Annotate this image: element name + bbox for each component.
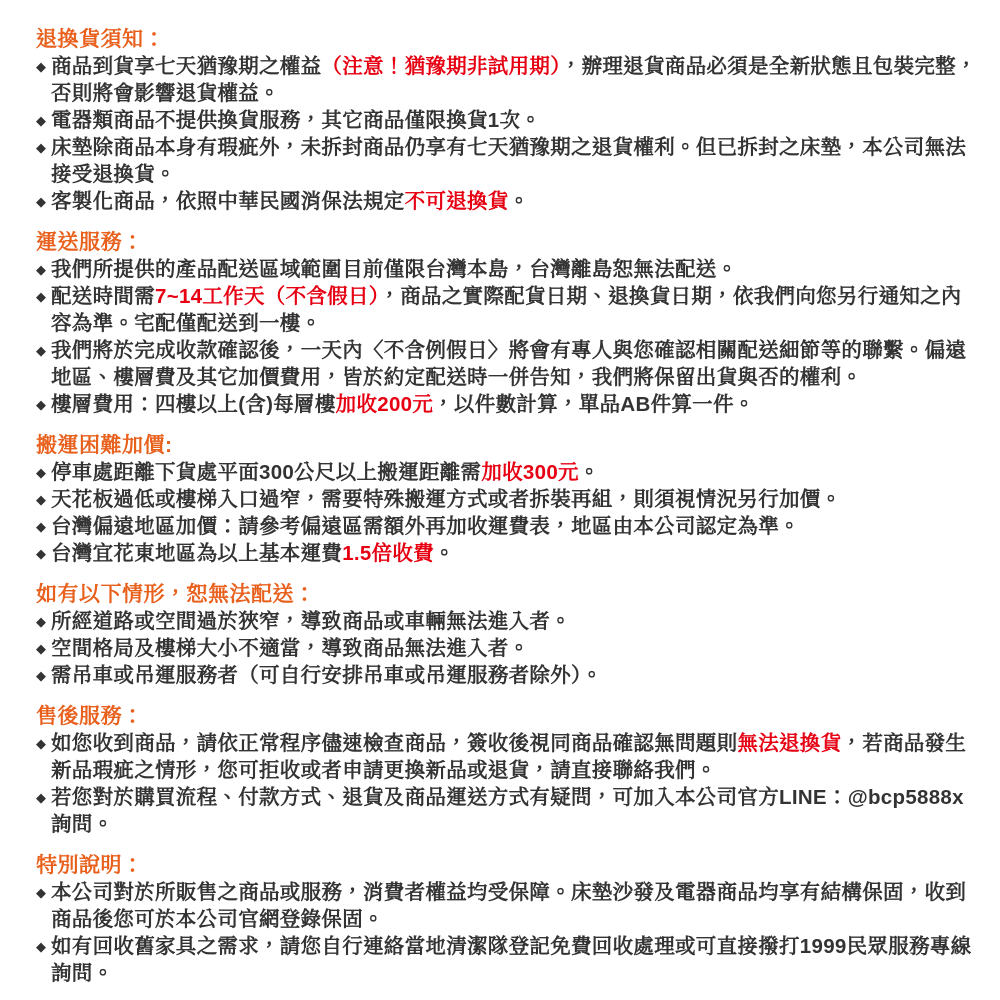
policy-bullet-item: ◆需吊車或吊運服務者（可自行安排吊車或吊運服務者除外）。: [36, 662, 980, 689]
policy-bullet-item: ◆空間格局及樓梯大小不適當，導致商品無法進入者。: [36, 635, 980, 662]
policy-bullet-item: ◆配送時間需7~14工作天（不含假日），商品之實際配貨日期、退換貨日期，依我們向…: [36, 283, 980, 337]
section-heading: 如有以下情形，恕無法配送：: [36, 581, 980, 608]
diamond-bullet-icon: ◆: [36, 784, 51, 811]
bullet-text: 。: [579, 461, 600, 484]
diamond-bullet-icon: ◆: [36, 635, 51, 662]
policy-bullet-item: ◆商品到貨享七天猶豫期之權益（注意！猶豫期非試用期），辦理退貨商品必須是全新狀態…: [36, 53, 980, 107]
bullet-list: ◆商品到貨享七天猶豫期之權益（注意！猶豫期非試用期），辦理退貨商品必須是全新狀態…: [36, 53, 980, 215]
policy-bullet-item: ◆本公司對於所販售之商品或服務，消費者權益均受保障。床墊沙發及電器商品均享有結構…: [36, 879, 980, 933]
highlighted-text: 1.5倍收費: [342, 542, 434, 565]
diamond-bullet-icon: ◆: [36, 53, 51, 80]
bullet-text: 所經道路或空間過於狹窄，導致商品或車輛無法進入者。: [51, 610, 571, 633]
highlighted-text: 加收300元: [481, 461, 579, 484]
diamond-bullet-icon: ◆: [36, 540, 51, 567]
highlighted-text: 無法退換貨: [737, 732, 841, 755]
bullet-text: 商品到貨享七天猶豫期之權益: [51, 55, 321, 78]
section-heading: 搬運困難加價:: [36, 432, 980, 459]
bullet-text: 我們將於完成收款確認後，一天內〈不含例假日〉將會有專人與您確認相關配送細節等的聯…: [51, 339, 966, 389]
policy-bullet-item: ◆如您收到商品，請依正常程序儘速檢查商品，簽收後視同商品確認無問題則無法退換貨，…: [36, 730, 980, 784]
policy-section: 運送服務：◆我們所提供的產品配送區域範圍目前僅限台灣本島，台灣離島恕無法配送。◆…: [36, 229, 980, 418]
bullet-text: 我們所提供的產品配送區域範圍目前僅限台灣本島，台灣離島恕無法配送。: [51, 258, 737, 281]
policy-bullet-item: ◆若您對於購買流程、付款方式、退貨及商品運送方式有疑問，可加入本公司官方LINE…: [36, 784, 980, 838]
bullet-text: 停車處距離下貨處平面300公尺以上搬運距離需: [51, 461, 481, 484]
diamond-bullet-icon: ◆: [36, 459, 51, 486]
highlighted-text: （注意！猶豫期非試用期）: [321, 55, 560, 78]
policy-section: 如有以下情形，恕無法配送：◆所經道路或空間過於狹窄，導致商品或車輛無法進入者。◆…: [36, 581, 980, 689]
diamond-bullet-icon: ◆: [36, 933, 51, 960]
bullet-text: 電器類商品不提供換貨服務，其它商品僅限換貨1次。: [51, 109, 541, 132]
section-heading: 運送服務：: [36, 229, 980, 256]
bullet-text: 台灣偏遠地區加價：請參考偏遠區需額外再加收運費表，地區由本公司認定為準。: [51, 515, 800, 538]
policy-bullet-item: ◆台灣宜花東地區為以上基本運費1.5倍收費。: [36, 540, 980, 567]
bullet-text: 樓層費用：四樓以上(含)每層樓: [51, 393, 336, 416]
policy-bullet-item: ◆如有回收舊家具之需求，請您自行連絡當地清潔隊登記免費回收處理或可直接撥打199…: [36, 933, 980, 987]
bullet-list: ◆我們所提供的產品配送區域範圍目前僅限台灣本島，台灣離島恕無法配送。◆配送時間需…: [36, 256, 980, 418]
diamond-bullet-icon: ◆: [36, 879, 51, 906]
bullet-text: 。: [509, 190, 530, 213]
highlighted-text: 加收200元: [336, 393, 434, 416]
diamond-bullet-icon: ◆: [36, 391, 51, 418]
bullet-list: ◆如您收到商品，請依正常程序儘速檢查商品，簽收後視同商品確認無問題則無法退換貨，…: [36, 730, 980, 838]
highlighted-text: 7~14工作天（不含假日）: [155, 285, 379, 308]
bullet-list: ◆停車處距離下貨處平面300公尺以上搬運距離需加收300元。◆天花板過低或樓梯入…: [36, 459, 980, 567]
policy-bullet-item: ◆台灣偏遠地區加價：請參考偏遠區需額外再加收運費表，地區由本公司認定為準。: [36, 513, 980, 540]
bullet-text: 如有回收舊家具之需求，請您自行連絡當地清潔隊登記免費回收處理或可直接撥打1999…: [51, 935, 971, 985]
bullet-text: 配送時間需: [51, 285, 155, 308]
bullet-text: 天花板過低或樓梯入口過窄，需要特殊搬運方式或者拆裝再組，則須視情況另行加價。: [51, 488, 841, 511]
diamond-bullet-icon: ◆: [36, 608, 51, 635]
bullet-text: 如您收到商品，請依正常程序儘速檢查商品，簽收後視同商品確認無問題則: [51, 732, 737, 755]
policy-bullet-item: ◆樓層費用：四樓以上(含)每層樓加收200元，以件數計算，單品AB件算一件。: [36, 391, 980, 418]
bullet-text: 空間格局及樓梯大小不適當，導致商品無法進入者。: [51, 637, 529, 660]
policy-section: 特別說明：◆本公司對於所販售之商品或服務，消費者權益均受保障。床墊沙發及電器商品…: [36, 852, 980, 987]
policy-document: 退換貨須知：◆商品到貨享七天猶豫期之權益（注意！猶豫期非試用期），辦理退貨商品必…: [0, 0, 1000, 1000]
bullet-text: 需吊車或吊運服務者（可自行安排吊車或吊運服務者除外）。: [51, 664, 602, 687]
highlighted-text: 不可退換貨: [405, 190, 509, 213]
policy-bullet-item: ◆我們將於完成收款確認後，一天內〈不含例假日〉將會有專人與您確認相關配送細節等的…: [36, 337, 980, 391]
bullet-text: 床墊除商品本身有瑕疵外，未拆封商品仍享有七天猶豫期之退貨權利。但已拆封之床墊，本…: [51, 136, 966, 186]
diamond-bullet-icon: ◆: [36, 134, 51, 161]
bullet-text: 若您對於購買流程、付款方式、退貨及商品運送方式有疑問，可加入本公司官方LINE：…: [51, 786, 964, 836]
policy-bullet-item: ◆電器類商品不提供換貨服務，其它商品僅限換貨1次。: [36, 107, 980, 134]
bullet-text: 台灣宜花東地區為以上基本運費: [51, 542, 342, 565]
diamond-bullet-icon: ◆: [36, 486, 51, 513]
policy-section: 退換貨須知：◆商品到貨享七天猶豫期之權益（注意！猶豫期非試用期），辦理退貨商品必…: [36, 26, 980, 215]
bullet-list: ◆所經道路或空間過於狹窄，導致商品或車輛無法進入者。◆空間格局及樓梯大小不適當，…: [36, 608, 980, 689]
policy-section: 售後服務：◆如您收到商品，請依正常程序儘速檢查商品，簽收後視同商品確認無問題則無…: [36, 703, 980, 838]
policy-bullet-item: ◆客製化商品，依照中華民國消保法規定不可退換貨。: [36, 188, 980, 215]
bullet-text: 。: [434, 542, 455, 565]
section-heading: 特別說明：: [36, 852, 980, 879]
diamond-bullet-icon: ◆: [36, 283, 51, 310]
diamond-bullet-icon: ◆: [36, 256, 51, 283]
bullet-text: 本公司對於所販售之商品或服務，消費者權益均受保障。床墊沙發及電器商品均享有結構保…: [51, 881, 966, 931]
policy-section: 搬運困難加價:◆停車處距離下貨處平面300公尺以上搬運距離需加收300元。◆天花…: [36, 432, 980, 567]
diamond-bullet-icon: ◆: [36, 337, 51, 364]
policy-bullet-item: ◆停車處距離下貨處平面300公尺以上搬運距離需加收300元。: [36, 459, 980, 486]
diamond-bullet-icon: ◆: [36, 513, 51, 540]
section-heading: 退換貨須知：: [36, 26, 980, 53]
policy-bullet-item: ◆所經道路或空間過於狹窄，導致商品或車輛無法進入者。: [36, 608, 980, 635]
policy-bullet-item: ◆我們所提供的產品配送區域範圍目前僅限台灣本島，台灣離島恕無法配送。: [36, 256, 980, 283]
diamond-bullet-icon: ◆: [36, 107, 51, 134]
bullet-text: ，以件數計算，單品AB件算一件。: [433, 393, 754, 416]
policy-bullet-item: ◆床墊除商品本身有瑕疵外，未拆封商品仍享有七天猶豫期之退貨權利。但已拆封之床墊，…: [36, 134, 980, 188]
diamond-bullet-icon: ◆: [36, 188, 51, 215]
diamond-bullet-icon: ◆: [36, 730, 51, 757]
section-heading: 售後服務：: [36, 703, 980, 730]
diamond-bullet-icon: ◆: [36, 662, 51, 689]
bullet-text: 客製化商品，依照中華民國消保法規定: [51, 190, 405, 213]
bullet-list: ◆本公司對於所販售之商品或服務，消費者權益均受保障。床墊沙發及電器商品均享有結構…: [36, 879, 980, 987]
policy-bullet-item: ◆天花板過低或樓梯入口過窄，需要特殊搬運方式或者拆裝再組，則須視情況另行加價。: [36, 486, 980, 513]
